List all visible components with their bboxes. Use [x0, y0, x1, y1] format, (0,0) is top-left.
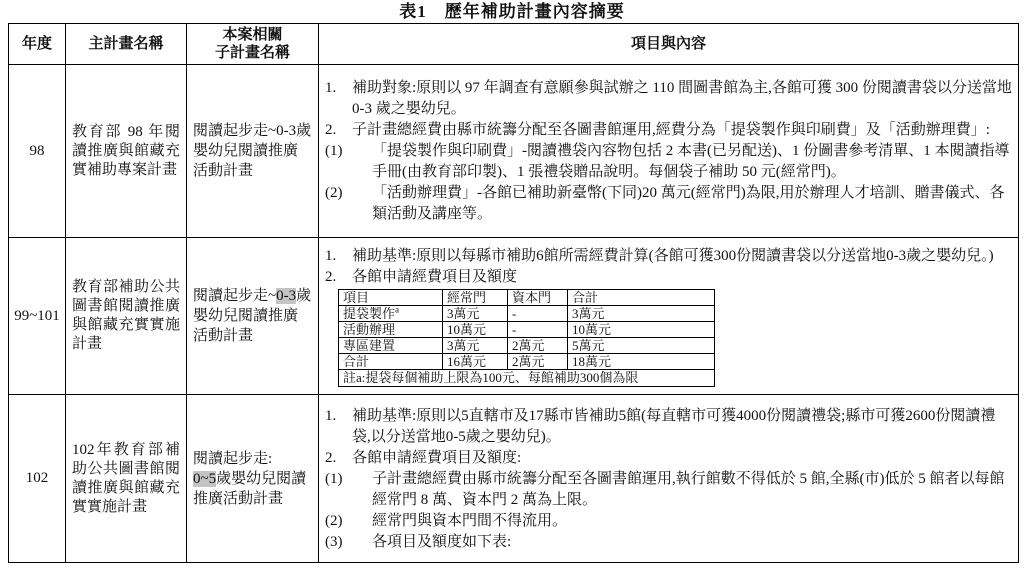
header-sub-plan-line2: 子計畫名稱	[189, 44, 316, 62]
content-item: (1) 子計畫總經費由縣市統籌分配至各圖書館運用,執行館數不得低於 5 館,全縣…	[325, 469, 1012, 511]
content-item: 1. 補助對象:原則以 97 年調查有意願參與試辦之 110 間圖書館為主,各館…	[325, 78, 1012, 120]
footnote-marker: a	[395, 305, 399, 314]
content-item: 2. 各館申請經費項目及額度	[325, 267, 1012, 288]
budget-row: 專區建置 3萬元 2萬元 5萬元	[339, 337, 715, 353]
content-item: 2. 各館申請經費項目及額度:	[325, 448, 1012, 469]
page-title: 表1 歷年補助計畫內容摘要	[0, 0, 1024, 23]
sub-plan-text: 閱讀起步走~0-3歲嬰幼兒閱讀推廣活動計畫	[193, 123, 311, 179]
main-plan-cell: 102年教育部補助公共圖書館閱讀推廣與館藏充實實施計畫	[66, 395, 187, 563]
content-item: 1. 補助基準:原則以5直轄市及17縣市皆補助5館(每直轄市可獲4000份閱讀禮…	[325, 406, 1012, 448]
header-main-plan: 主計畫名稱	[66, 24, 187, 65]
table-row-102: 102 102年教育部補助公共圖書館閱讀推廣與館藏充實實施計畫 閱讀起步走:0~…	[9, 395, 1019, 563]
content-item: (2) 經常門與資本門間不得流用。	[325, 511, 1012, 532]
sub-plan-text: 閱讀起步走~	[193, 288, 276, 304]
sub-plan-text: 閱讀起步走:	[193, 449, 312, 469]
main-plan-cell: 教育部補助公共圖書館閱讀推廣與館藏充實實施計畫	[66, 238, 187, 395]
highlighted-text: 0-3	[276, 288, 296, 304]
content-cell: 1. 補助基準:原則以5直轄市及17縣市皆補助5館(每直轄市可獲4000份閱讀禮…	[319, 395, 1019, 563]
sub-plan-cell: 閱讀起步走~0-3歲嬰幼兒閱讀推廣活動計畫	[187, 65, 319, 238]
header-sub-plan: 本案相關 子計畫名稱	[187, 24, 319, 65]
budget-note-row: 註a:提袋每個補助上限為100元、每館補助300個為限	[339, 369, 715, 386]
budget-table: 項目 經常門 資本門 合計 提袋製作a 3萬元 - 3萬元 活動辦理	[338, 289, 715, 387]
table-row-99-101: 99~101 教育部補助公共圖書館閱讀推廣與館藏充實實施計畫 閱讀起步走~0-3…	[9, 238, 1019, 395]
budget-row: 提袋製作a 3萬元 - 3萬元	[339, 305, 715, 321]
year-cell: 102	[9, 395, 66, 563]
content-item: (2) 「活動辦理費」-各館已補助新臺幣(下同)20 萬元(經常門)為限,用於辦…	[325, 183, 1012, 225]
content-cell: 1. 補助基準:原則以每縣市補助6館所需經費計算(各館可獲300份閱讀書袋以分送…	[319, 238, 1019, 395]
table-row-98: 98 教育部 98 年閱讀推廣與館藏充實補助專案計畫 閱讀起步走~0-3歲嬰幼兒…	[9, 65, 1019, 238]
content-item: 1. 補助基準:原則以每縣市補助6館所需經費計算(各館可獲300份閱讀書袋以分送…	[325, 246, 1012, 267]
main-plan-cell: 教育部 98 年閱讀推廣與館藏充實補助專案計畫	[66, 65, 187, 238]
highlighted-text: 0~5	[193, 471, 216, 487]
budget-row: 活動辦理 10萬元 - 10萬元	[339, 321, 715, 337]
year-cell: 99~101	[9, 238, 66, 395]
budget-header-row: 項目 經常門 資本門 合計	[339, 289, 715, 305]
header-year: 年度	[9, 24, 66, 65]
year-cell: 98	[9, 65, 66, 238]
header-row: 年度 主計畫名稱 本案相關 子計畫名稱 項目與內容	[9, 24, 1019, 65]
budget-total-row: 合計 16萬元 2萬元 18萬元	[339, 353, 715, 369]
budget-footnote: 註a:提袋每個補助上限為100元、每館補助300個為限	[339, 369, 715, 386]
sub-plan-cell: 閱讀起步走~0-3歲嬰幼兒閱讀推廣活動計畫	[187, 238, 319, 395]
header-sub-plan-line1: 本案相關	[189, 26, 316, 44]
summary-table: 年度 主計畫名稱 本案相關 子計畫名稱 項目與內容 98 教育部 98 年閱讀推…	[8, 23, 1019, 563]
content-item: (1) 「提袋製作與印刷費」-閱讀禮袋內容物包括 2 本書(已另配送)、1 份圖…	[325, 141, 1012, 183]
content-cell: 1. 補助對象:原則以 97 年調查有意願參與試辦之 110 間圖書館為主,各館…	[319, 65, 1019, 238]
content-item: 2. 子計畫總經費由縣市統籌分配至各圖書館運用,經費分為「提袋製作與印刷費」及「…	[325, 120, 1012, 141]
header-content: 項目與內容	[319, 24, 1019, 65]
content-item: (3) 各項目及額度如下表:	[325, 532, 1012, 553]
sub-plan-cell: 閱讀起步走:0~5歲嬰幼兒閱讀推廣活動計畫	[187, 395, 319, 563]
